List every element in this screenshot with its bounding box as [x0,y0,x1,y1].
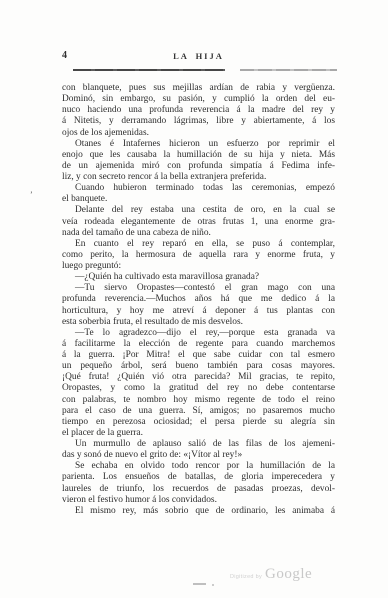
text-block: con blanquete, pues sus mejillas ardían … [62,83,335,517]
text-line: En cuanto el rey reparó en ella, se puso… [62,239,335,250]
running-title: LA HIJA [62,51,335,61]
text-line: luego preguntó: [62,261,335,272]
text-line: de un ajemenida miró con profunda simpat… [62,161,335,172]
text-line: un pequeño árbol, será bueno también par… [62,361,335,372]
watermark: Digitized by Google [230,566,312,583]
text-line: esta soberbia fruta, el resultado de mis… [62,317,335,328]
text-line: veía rodeada elegantemente de otras frut… [62,217,335,228]
text-line: ojos de los ajemenidas. [62,128,335,139]
text-line: liz, y con secreto rencor á la bella ext… [62,172,335,183]
header-rule-right [240,69,337,71]
google-logo: Google [265,566,312,583]
text-line: Oropastes, y como la gratitud del rey no… [62,383,335,394]
scan-artifact-dash [193,583,206,585]
text-line: á facilitarme la elección de regente par… [62,339,335,350]
text-line: Otanes é Intafernes hicieron un esfuerzo… [62,139,335,150]
text-line: Un murmullo de aplauso salió de las fila… [62,439,335,450]
scan-artifact-dot [212,584,214,586]
text-line: laureles de triunfo, los recuerdos de pa… [62,484,335,495]
text-line: tiempo en perezosa ociosidad; el persa p… [62,417,335,428]
text-line: como perito, la hermosura de aquella rar… [62,250,335,261]
text-line: —¿Quién ha cultivado esta maravillosa gr… [62,272,335,283]
text-line: nuco haciendo una profunda reverencia á … [62,105,335,116]
text-line: profunda reverencia.—Muchos años há que … [62,294,335,305]
text-line: parienta. Los ensueños de batallas, de g… [62,472,335,483]
text-line: á Nitetis, y derramando lágrimas, libre … [62,116,335,127]
margin-mark: ’ [30,190,33,199]
text-line: ¡Qué fruta! ¿Quién vió otra parecida? Mi… [62,372,335,383]
watermark-prefix: Digitized by [230,574,262,580]
text-line: con palabras, te nombro hoy mismo regent… [62,395,335,406]
text-line: —Tu siervo Oropastes—contestó el gran ma… [62,283,335,294]
text-line: el banquete. [62,194,335,205]
text-line: vieron el festivo humor á los convidados… [62,495,335,506]
text-line: das y sonó de nuevo el grito de: «¡Vítor… [62,450,335,461]
text-line: Cuando hubieron terminado todas las cere… [62,183,335,194]
text-line: á la guerra. ¡Por Mitra! el que sabe cui… [62,350,335,361]
text-line: el placer de la guerra. [62,428,335,439]
text-line: con blanquete, pues sus mejillas ardían … [62,83,335,94]
text-line: El mismo rey, más sobrio que de ordinari… [62,506,335,517]
text-line: Dominó, sin embargo, su pasión, y cumpli… [62,94,335,105]
text-line: horticultura, y hoy me atreví á deponer … [62,306,335,317]
text-line: enojo que les causaba la humillación de … [62,150,335,161]
text-line: Se echaba en olvido todo rencor por la h… [62,461,335,472]
text-line: Delante del rey estaba una cestita de or… [62,205,335,216]
header-rule-left [73,69,225,71]
text-line: nada del tamaño de una cabeza de niño. [62,228,335,239]
book-page: 4 LA HIJA ’ con blanquete, pues sus meji… [0,0,388,598]
text-line: para el caso de una guerra. Sí, amigos; … [62,406,335,417]
text-line: —Te lo agradezco—dijo el rey,—porque est… [62,328,335,339]
